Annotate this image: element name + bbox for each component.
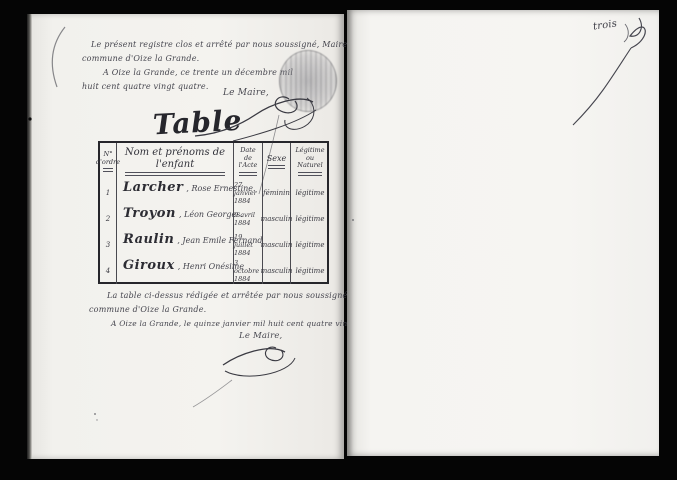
certification-note-line-3: A Oize la Grande, le quinze janvier mil … <box>111 319 378 328</box>
header-underline <box>239 172 256 176</box>
row-sex: masculin <box>263 232 291 258</box>
header-child-name-label: Nom et prénoms de l'enfant <box>117 147 233 170</box>
row-surname: Giroux <box>123 258 175 273</box>
row-act-date: 27 janvier 1884 <box>234 180 263 206</box>
closing-note-line-3: A Oize la Grande, ce trente un décembre … <box>103 68 293 77</box>
left-page: Le présent registre clos et arrêté par n… <box>27 14 344 459</box>
row-child-name: Troyon , Léon Georges. <box>117 206 234 232</box>
ink-speck <box>94 413 96 415</box>
header-sex-label: Sexe <box>267 154 286 163</box>
header-underline <box>103 168 113 172</box>
row-act-date: 9 avril 1884 <box>234 206 263 232</box>
row-number: 3 <box>100 232 117 258</box>
scanned-register-spread: Le présent registre clos et arrêté par n… <box>0 0 677 480</box>
row-sex: masculin <box>263 258 291 284</box>
corner-paraph-flourish <box>573 18 645 125</box>
header-underline <box>268 165 285 169</box>
row-number: 4 <box>100 258 117 284</box>
closing-signoff-role: Le Maire, <box>223 88 269 98</box>
row-child-name: Larcher , Rose Ernestine. <box>117 180 234 206</box>
row-legitimacy: légitime <box>291 258 329 284</box>
corner-curve-mark <box>52 27 65 87</box>
row-surname: Troyon <box>123 206 176 221</box>
closing-note-line-2: commune d'Oize la Grande. <box>82 54 199 63</box>
page-title: Table <box>152 104 243 142</box>
mayor-signature-bottom <box>193 347 295 407</box>
certification-signoff-role: Le Maire, <box>239 331 282 341</box>
ink-dot <box>28 117 31 120</box>
row-number: 1 <box>100 180 117 206</box>
row-act-date: 19 juillet 1884 <box>234 232 263 258</box>
row-legitimacy: légitime <box>291 206 329 232</box>
row-legitimacy: légitime <box>291 180 329 206</box>
corner-page-number: trois <box>592 18 617 32</box>
row-surname: Raulin <box>123 232 174 247</box>
row-number: 2 <box>100 206 117 232</box>
row-legitimacy: légitime <box>291 232 329 258</box>
ink-speck <box>352 219 354 221</box>
header-act-date: Date de l'Acte <box>234 143 263 180</box>
certification-note-line-2: commune d'Oize la Grande. <box>89 305 206 314</box>
header-legitimacy-line3: Naturel <box>297 162 322 169</box>
header-underline <box>125 172 225 176</box>
row-sex: féminin <box>263 180 291 206</box>
header-act-date-line3: l'Acte <box>239 162 258 169</box>
row-child-name: Giroux , Henri Onésime <box>117 258 234 284</box>
header-underline <box>298 172 322 176</box>
header-child-name: Nom et prénoms de l'enfant <box>117 143 234 180</box>
header-order-number: N° d'ordre <box>100 143 117 180</box>
row-child-name: Raulin , Jean Emile Fernand <box>117 232 234 258</box>
closing-note-line-1: Le présent registre clos et arrêté par n… <box>91 40 371 49</box>
row-act-date: 3 octobre 1884 <box>234 258 263 284</box>
official-stamp <box>279 50 337 112</box>
header-legitimacy: Légitime ou Naturel <box>291 143 329 180</box>
closing-note-line-4: huit cent quatre vingt quatre. <box>82 82 209 91</box>
row-sex: masculin <box>263 206 291 232</box>
right-page-ink-marks <box>347 10 659 456</box>
header-sex: Sexe <box>263 143 291 180</box>
right-page: trois <box>347 10 659 456</box>
births-index-table: N° d'ordre Nom et prénoms de l'enfant Da… <box>98 141 329 284</box>
ink-speck <box>96 419 97 420</box>
row-surname: Larcher <box>123 180 183 195</box>
